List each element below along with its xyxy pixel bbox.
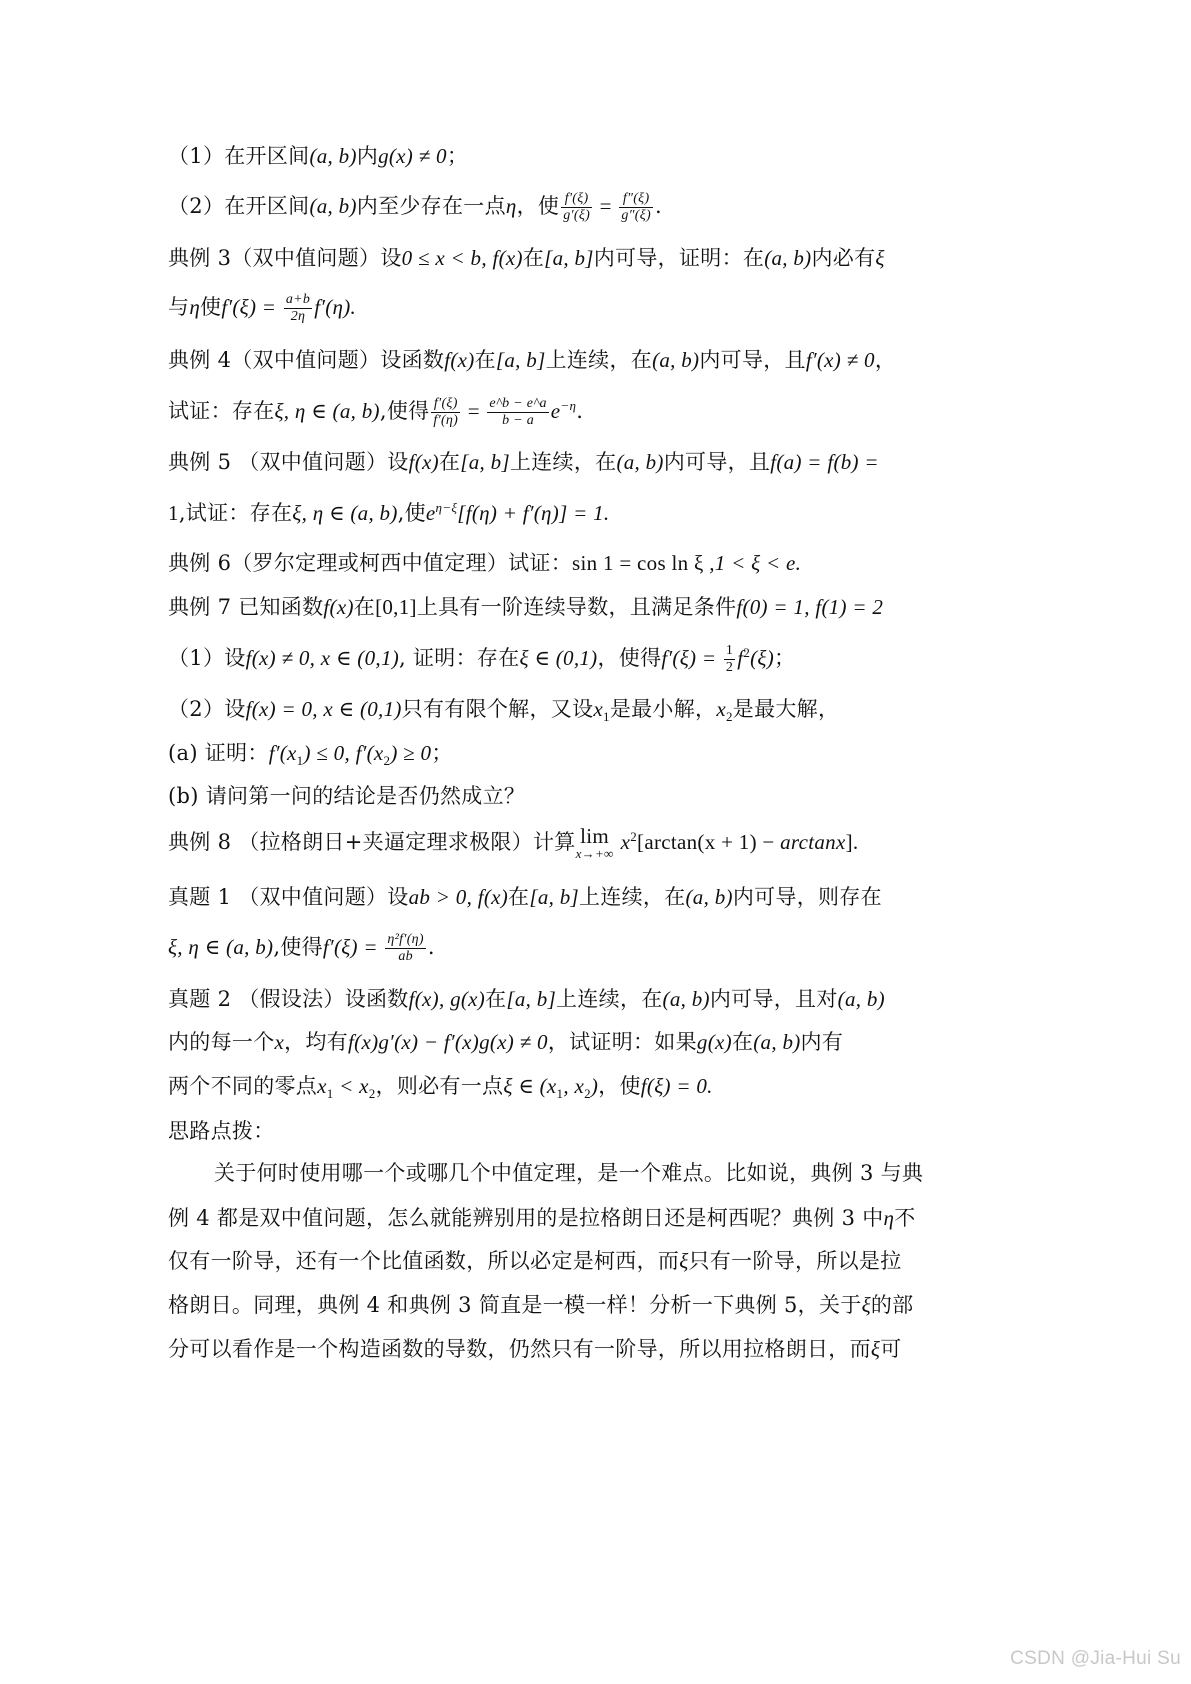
text: 典例 3（双中值问题）设: [168, 246, 402, 270]
text: 在: [732, 1030, 753, 1054]
text: ；: [774, 646, 795, 670]
text: 内至少存在一点: [357, 194, 506, 218]
text: 内可导，证明：在: [594, 246, 764, 270]
example-7-part-1: （1）设f(x) ≠ 0, x ∈ (0,1), 证明：存在ξ ∈ (0,1)，…: [168, 643, 948, 676]
hint-paragraph-line-2: 例 4 都是双中值问题，怎么就能辨别用的是拉格朗日还是柯西呢？典例 3 中η不: [168, 1203, 948, 1233]
text: 与: [168, 295, 189, 319]
text: ，使得: [597, 646, 661, 670]
text: ,使得: [380, 399, 430, 423]
fraction: η²f′(η)ab: [385, 932, 425, 965]
numerator: 1: [724, 643, 735, 660]
hint-heading: 思路点拨：: [168, 1116, 948, 1146]
text: （1）在开区间: [168, 144, 309, 168]
denominator: f′(η): [431, 413, 460, 429]
text: 上具有一阶连续导数，且满足条件: [417, 595, 737, 619]
text: 上连续，在: [579, 885, 686, 909]
text: 内可导，且: [699, 348, 806, 372]
example-7-part-2: （2）设f(x) = 0, x ∈ (0,1)只有有限个解，又设x1是最小解，x…: [168, 694, 948, 724]
math: f(x): [444, 348, 474, 372]
math: x: [716, 697, 726, 721]
text: 内可导，且: [664, 450, 771, 474]
fraction: f′(ξ)f′(η): [431, 396, 460, 429]
math: ) ≥ 0: [390, 741, 431, 765]
example-7: 典例 7 已知函数f(x)在[0,1]上具有一阶连续导数，且满足条件f(0) =…: [168, 592, 948, 622]
math: f(x)g′(x) − f′(x)g(x) ≠ 0: [348, 1030, 548, 1054]
text: 内可导，则存在: [733, 885, 882, 909]
text: 内必有: [811, 246, 875, 270]
text: 格朗日。同理，典例 4 和典例 3 简直是一模一样！分析一下典例 5，关于: [168, 1293, 862, 1317]
math: f(0) = 1, f(1) = 2: [736, 595, 883, 619]
math: 1: [168, 501, 179, 525]
text: ,使: [398, 501, 426, 525]
math: η: [506, 194, 517, 218]
math: (a, b): [753, 1030, 800, 1054]
subscript: 1: [327, 1086, 334, 1101]
hint-paragraph-line-1: 关于何时使用哪一个或哪几个中值定理，是一个难点。比如说，典例 3 与典: [168, 1158, 948, 1188]
math: f(a) = f(b) =: [770, 450, 879, 474]
exam-1-line-2: ξ, η ∈ (a, b),使得f′(ξ) = η²f′(η)ab.: [168, 932, 948, 965]
text: 分可以看作是一个构造函数的导数，仍然只有一阶导，所以用拉格朗日，而: [168, 1337, 871, 1361]
text: ，使: [598, 1074, 641, 1098]
text: 内有: [801, 1030, 844, 1054]
math: η: [189, 295, 200, 319]
math: η: [884, 1206, 895, 1230]
exam-2-line-3: 两个不同的零点x1 < x2，则必有一点ξ ∈ (x1, x2)，使f(ξ) =…: [168, 1071, 948, 1101]
example-5-line-1: 典例 5 （双中值问题）设f(x)在[a, b]上连续，在(a, b)内可导，且…: [168, 447, 948, 477]
text: 在: [475, 348, 496, 372]
csdn-watermark: CSDN @Jia-Hui Su: [1010, 1648, 1181, 1670]
math: g(x) ≠ 0: [378, 144, 447, 168]
math: ξ, η ∈ (a, b): [275, 399, 380, 423]
math: f(x): [409, 450, 439, 474]
fraction: a+b2η: [284, 292, 312, 325]
fraction: e^b − e^ab − a: [487, 396, 548, 429]
text: .: [655, 194, 662, 218]
text: 典例 5 （双中值问题）设: [168, 450, 409, 474]
text: ，: [875, 348, 896, 372]
exam-2-line-1: 真题 2 （假设法）设函数f(x), g(x)在[a, b]上连续，在(a, b…: [168, 984, 948, 1014]
numerator: η²f′(η): [385, 932, 425, 949]
math: (a, b): [663, 987, 710, 1011]
text: 在: [354, 595, 375, 619]
math: f(x), g(x): [409, 987, 485, 1011]
denominator: g″(ξ): [619, 208, 653, 224]
math: [a, b]: [496, 348, 546, 372]
math: f′(ξ) =: [661, 646, 721, 670]
math: (ξ): [750, 646, 774, 670]
numerator: f′(ξ): [561, 191, 592, 208]
text: 在: [523, 246, 544, 270]
math: f′(ξ) =: [221, 295, 281, 319]
math: sin 1 = cos ln ξ: [572, 551, 704, 575]
denominator: b − a: [487, 413, 548, 429]
example-4-line-1: 典例 4（双中值问题）设函数f(x)在[a, b]上连续，在(a, b)内可导，…: [168, 345, 948, 375]
math: f′(η).: [314, 295, 356, 319]
text: 思路点拨：: [168, 1119, 275, 1143]
text: 典例 8 （拉格朗日+夹逼定理求极限）计算: [168, 830, 576, 854]
superscript: −η: [560, 398, 576, 413]
math: ξ ∈ (x: [503, 1074, 556, 1098]
text: 内的每一个: [168, 1030, 275, 1054]
text: 内可导，且对: [710, 987, 838, 1011]
text: ，则必有一点: [376, 1074, 504, 1098]
text: ,使得: [273, 935, 323, 959]
text: (b) 请问第一问的结论是否仍然成立？: [168, 784, 525, 808]
text: （1）设: [168, 646, 246, 670]
math: f′(x: [269, 741, 297, 765]
text: 在: [485, 987, 506, 1011]
text: .: [576, 399, 583, 423]
text: 只有有限个解，又设: [402, 697, 594, 721]
numerator: f″(ξ): [619, 191, 653, 208]
denominator: g′(ξ): [561, 208, 592, 224]
text: （2）设: [168, 697, 246, 721]
text: 关于何时使用哪一个或哪几个中值定理，是一个难点。比如说，典例 3 与典: [214, 1161, 923, 1185]
subscript: 1: [603, 709, 610, 724]
text: 仅有一阶导，还有一个比值函数，所以必定是柯西，而: [168, 1249, 679, 1273]
hint-paragraph-line-5: 分可以看作是一个构造函数的导数，仍然只有一阶导，所以用拉格朗日，而ξ可: [168, 1334, 948, 1364]
exam-1-line-1: 真题 1 （双中值问题）设ab > 0, f(x)在[a, b]上连续，在(a,…: [168, 882, 948, 912]
lim-subscript: x→+∞: [576, 845, 614, 863]
numerator: f′(ξ): [431, 396, 460, 413]
text: 的部: [871, 1293, 914, 1317]
exam-2-line-2: 内的每一个x，均有f(x)g′(x) − f′(x)g(x) ≠ 0，试证明：如…: [168, 1027, 948, 1057]
text: 例 4 都是双中值问题，怎么就能辨别用的是拉格朗日还是柯西呢？典例 3 中: [168, 1206, 884, 1230]
math: ξ: [679, 1249, 688, 1273]
math: f(x): [323, 595, 353, 619]
text: 真题 2 （假设法）设函数: [168, 987, 409, 1011]
math: =: [594, 194, 617, 218]
math: ξ, η ∈ (a, b): [292, 501, 397, 525]
math: [a, b]: [460, 450, 510, 474]
fraction: f′(ξ)g′(ξ): [561, 191, 592, 224]
math: x: [317, 1074, 327, 1098]
math: f(ξ) = 0.: [641, 1074, 713, 1098]
math: [a, b]: [544, 246, 594, 270]
text: ,试证：存在: [179, 501, 292, 525]
example-3-line-1: 典例 3（双中值问题）设0 ≤ x < b, f(x)在[a, b]内可导，证明…: [168, 243, 948, 273]
superscript: η−ξ: [436, 500, 458, 515]
text: 上连续，在: [556, 987, 663, 1011]
fraction: f″(ξ)g″(ξ): [619, 191, 653, 224]
text: 可: [880, 1337, 901, 1361]
text: 是最大解，: [733, 697, 840, 721]
math: [0,1]: [375, 595, 417, 619]
fraction: 12: [724, 643, 735, 676]
example-4-line-2: 试证：存在ξ, η ∈ (a, b),使得f′(ξ)f′(η) = e^b − …: [168, 396, 948, 429]
text: (a) 证明：: [168, 741, 269, 765]
math: arctanx: [780, 830, 845, 854]
math: f(x) = 0, x ∈ (0,1): [246, 697, 402, 721]
condition-1: （1）在开区间(a, b)内g(x) ≠ 0；: [168, 141, 948, 171]
math: [a, b]: [506, 987, 556, 1011]
text: ；: [447, 144, 468, 168]
text: 典例 6（罗尔定理或柯西中值定理）试证：: [168, 551, 572, 575]
math: ξ: [871, 1337, 880, 1361]
math: f′(ξ) =: [323, 935, 383, 959]
example-3-line-2: 与η使f′(ξ) = a+b2ηf′(η).: [168, 292, 948, 325]
math: f′(x) ≠ 0: [806, 348, 875, 372]
example-7-part-b: (b) 请问第一问的结论是否仍然成立？: [168, 781, 948, 811]
math: e: [426, 501, 436, 525]
text: ，试证明：如果: [548, 1030, 697, 1054]
text: ，使: [517, 194, 560, 218]
math: ξ: [875, 246, 884, 270]
math: , x: [563, 1074, 584, 1098]
text: , 证明：存在: [399, 646, 519, 670]
math: ].: [846, 830, 859, 854]
text: 试证：存在: [168, 399, 275, 423]
document-page: （1）在开区间(a, b)内g(x) ≠ 0； （2）在开区间(a, b)内至少…: [0, 0, 1191, 1684]
text: 上连续，在: [546, 348, 653, 372]
text: ；: [431, 741, 452, 765]
math: ξ, η ∈ (a, b): [168, 935, 273, 959]
text: 两个不同的零点: [168, 1074, 317, 1098]
math: (a, b): [838, 987, 885, 1011]
text: .: [428, 935, 435, 959]
math: g(x): [697, 1030, 732, 1054]
math: f(x) ≠ 0, x ∈ (0,1): [246, 646, 399, 670]
math: (a, b): [309, 144, 356, 168]
text: 典例 4（双中值问题）设函数: [168, 348, 444, 372]
subscript: 2: [369, 1086, 376, 1101]
text: 在: [439, 450, 460, 474]
math: (a, b): [686, 885, 733, 909]
text: 内: [357, 144, 378, 168]
math: x: [593, 697, 603, 721]
limit: limx→+∞: [576, 827, 614, 863]
condition-2: （2）在开区间(a, b)内至少存在一点η，使f′(ξ)g′(ξ) = f″(ξ…: [168, 191, 948, 224]
text: 在: [508, 885, 529, 909]
denominator: 2: [724, 660, 735, 676]
example-5-line-2: 1,试证：存在ξ, η ∈ (a, b),使eη−ξ[f(η) + f′(η)]…: [168, 498, 948, 528]
numerator: e^b − e^a: [487, 396, 548, 413]
math: (a, b): [764, 246, 811, 270]
text: 典例 7 已知函数: [168, 595, 323, 619]
text: 真题 1 （双中值问题）设: [168, 885, 409, 909]
math: (a, b): [309, 194, 356, 218]
math: x: [621, 830, 631, 854]
math: =: [462, 399, 485, 423]
example-8: 典例 8 （拉格朗日+夹逼定理求极限）计算limx→+∞ x2[arctan(x…: [168, 827, 948, 863]
math: ) ≤ 0, f′(x: [303, 741, 383, 765]
example-6: 典例 6（罗尔定理或柯西中值定理）试证：sin 1 = cos ln ξ ,1 …: [168, 548, 948, 578]
hint-paragraph-line-4: 格朗日。同理，典例 4 和典例 3 简直是一模一样！分析一下典例 5，关于ξ的部: [168, 1290, 948, 1320]
math: [f(η) + f′(η)] = 1.: [457, 501, 609, 525]
example-7-part-a: (a) 证明：f′(x1) ≤ 0, f′(x2) ≥ 0；: [168, 738, 948, 768]
subscript: 2: [584, 1086, 591, 1101]
math: ab > 0, f(x): [409, 885, 508, 909]
math: (a, b): [652, 348, 699, 372]
text: 使: [200, 295, 221, 319]
math: 0 ≤ x < b, f(x): [402, 246, 523, 270]
text: 只有一阶导，所以是拉: [689, 1249, 902, 1273]
hint-paragraph-line-3: 仅有一阶导，还有一个比值函数，所以必定是柯西，而ξ只有一阶导，所以是拉: [168, 1246, 948, 1276]
math: ξ: [862, 1293, 871, 1317]
math: (a, b): [616, 450, 663, 474]
subscript: 2: [726, 709, 733, 724]
math: e: [551, 399, 561, 423]
text: 上连续，在: [510, 450, 617, 474]
math: ,1 < ξ < e.: [704, 551, 802, 575]
text: ，均有: [284, 1030, 348, 1054]
math: [arctan(x + 1) −: [637, 830, 780, 854]
numerator: a+b: [284, 292, 312, 309]
denominator: 2η: [284, 309, 312, 325]
denominator: ab: [385, 949, 425, 965]
math: x: [275, 1030, 285, 1054]
math: [a, b]: [529, 885, 579, 909]
text: 是最小解，: [610, 697, 717, 721]
math: ξ ∈ (0,1): [520, 646, 598, 670]
math: < x: [334, 1074, 369, 1098]
text: （2）在开区间: [168, 194, 309, 218]
text: 不: [894, 1206, 915, 1230]
